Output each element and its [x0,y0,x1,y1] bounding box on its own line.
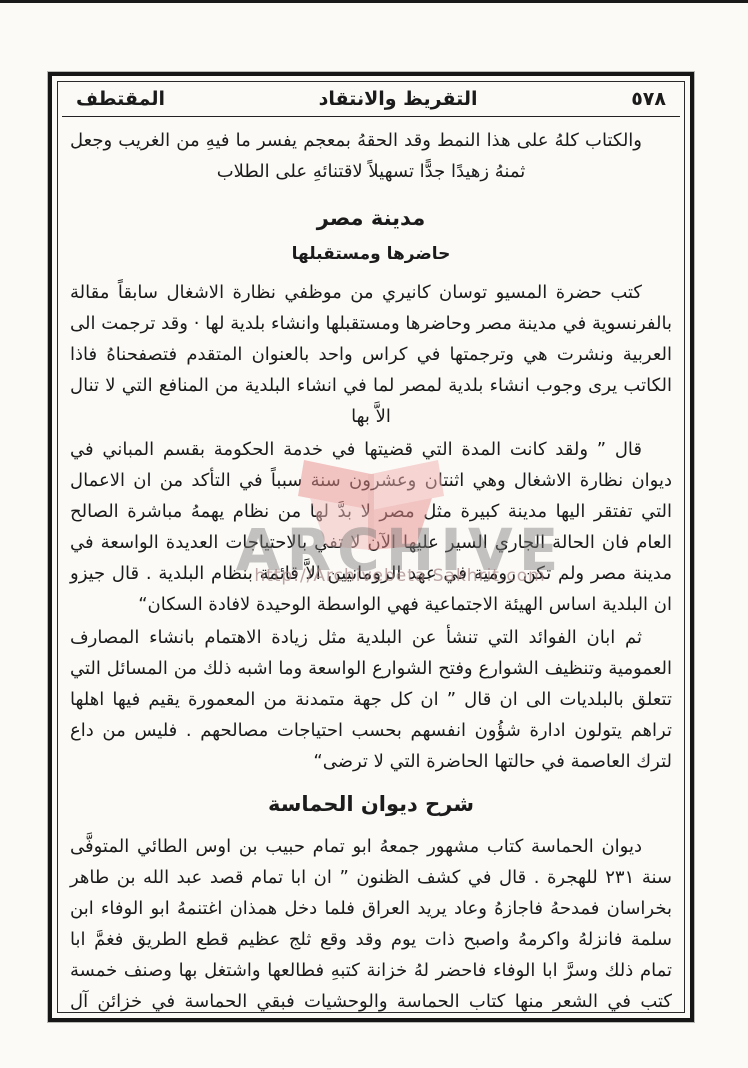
page-frame: ٥٧٨ التقريظ والانتقاد المقتطف والكتاب كل… [48,72,694,1022]
running-title: التقريظ والانتقاد [319,88,478,110]
section-heading-city-of-egypt: مدينة مصر [70,203,672,233]
section1-paragraph-1: كتب حضرة المسيو توسان كانيري من موظفي نظ… [70,277,672,432]
scanned-page: ٥٧٨ التقريظ والانتقاد المقتطف والكتاب كل… [0,0,748,1068]
scan-edge-line [0,0,748,3]
page-header: ٥٧٨ التقريظ والانتقاد المقتطف [62,82,680,117]
section-subheading-present-and-future: حاضرها ومستقبلها [70,241,672,267]
inner-frame: ٥٧٨ التقريظ والانتقاد المقتطف والكتاب كل… [57,81,685,1013]
page-body: والكتاب كلهُ على هذا النمط وقد الحقهُ بم… [58,117,684,1013]
page-number: ٥٧٨ [631,88,666,110]
section-heading-sharh-diwan-alhamasa: شرح ديوان الحماسة [70,789,672,819]
intro-paragraph: والكتاب كلهُ على هذا النمط وقد الحقهُ بم… [70,125,672,187]
section1-paragraph-3: ثم ابان الفوائد التي تنشأ عن البلدية مثل… [70,622,672,777]
section1-paragraph-2: قال ” ولقد كانت المدة التي قضيتها في خدم… [70,434,672,620]
section2-paragraph-1: ديوان الحماسة كتاب مشهور جمعهُ ابو تمام … [70,831,672,1013]
magazine-name: المقتطف [76,88,165,110]
